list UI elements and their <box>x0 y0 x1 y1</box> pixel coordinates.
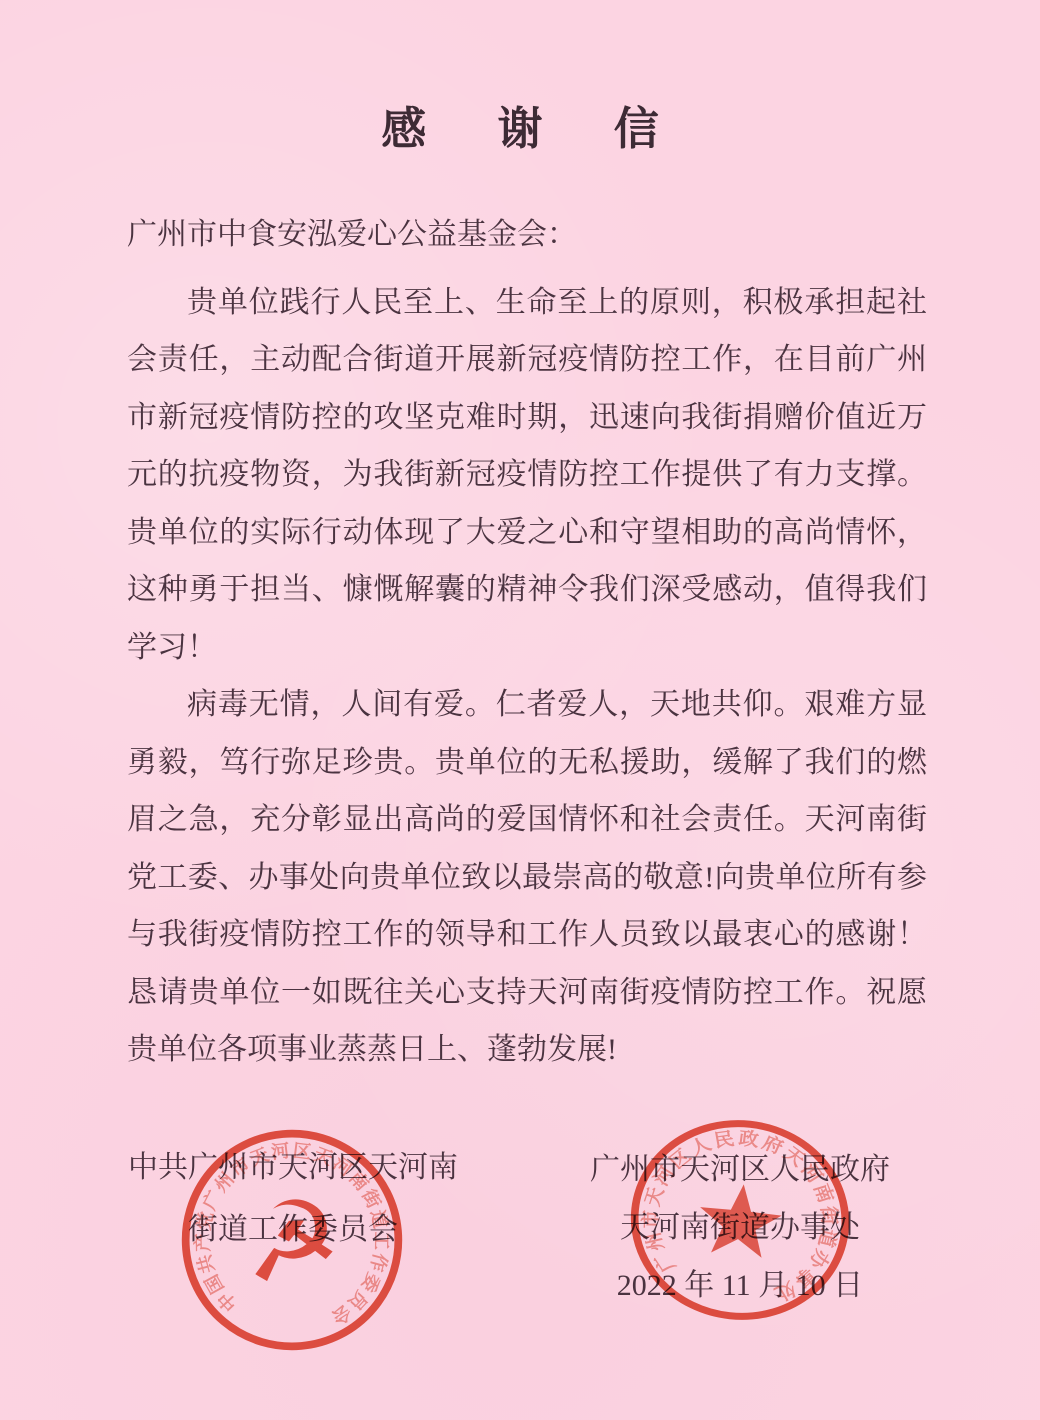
paragraph-2: 病毒无情，人间有爱。仁者爱人，天地共仰。艰难方显勇毅，笃行弥足珍贵。贵单位的无私… <box>127 676 927 1079</box>
hammer-sickle-icon: ☭ <box>238 1175 346 1309</box>
salutation: 广州市中食安泓爱心公益基金会： <box>127 206 927 264</box>
government-office-seal: 广州市天河区人民政府天河南街道办事处 <box>615 1104 866 1337</box>
letter-title: 感 谢 信 <box>0 92 1040 157</box>
party-committee-seal: 中国共产党广州市天河区天河南街道工作委员会 ☭ <box>166 1114 417 1365</box>
paragraph-1: 贵单位践行人民至上、生命至上的原则，积极承担起社会责任，主动配合街道开展新冠疫情… <box>127 274 927 677</box>
thank-you-letter-page: 感 谢 信 广州市中食安泓爱心公益基金会： 贵单位践行人民至上、生命至上的原则，… <box>0 0 1040 1420</box>
star-icon <box>696 1180 785 1259</box>
letter-body: 广州市中食安泓爱心公益基金会： 贵单位践行人民至上、生命至上的原则，积极承担起社… <box>127 206 927 1079</box>
